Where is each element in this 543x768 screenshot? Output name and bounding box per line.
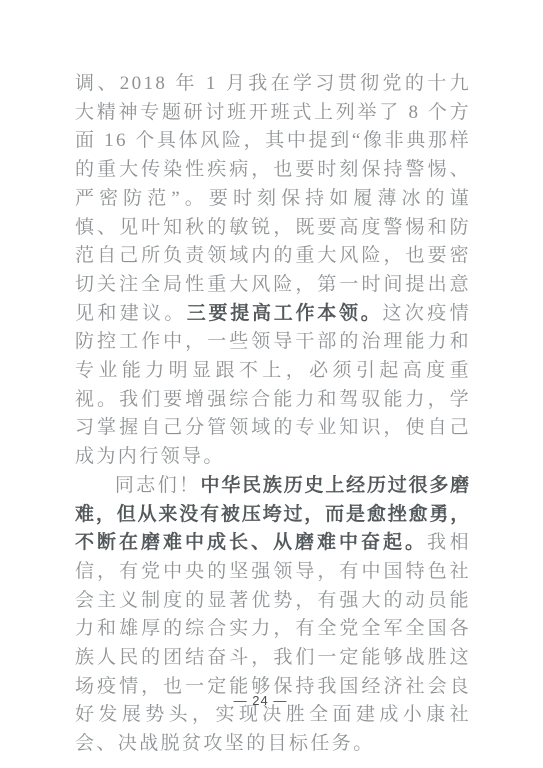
paragraph: 同志们！中华民族历史上经历过很多磨难，但从来没有被压垮过，而是愈挫愈勇，不断在磨… — [75, 472, 471, 759]
emphasis-text-run: 三要提高工作本领。 — [187, 303, 383, 324]
text-run: 同志们！ — [115, 475, 201, 496]
text-run: 这次疫情防控工作中，一些领导干部的治理能力和专业能力明显跟不上，必须引起高度重视… — [75, 303, 471, 468]
page-number: — 24 — — [0, 693, 521, 708]
text-run: 调、2018 年 1 月我在学习贯彻党的十九大精神专题研讨班开班式上列举了 8 … — [75, 73, 471, 324]
text-run: 我相信，有党中央的坚强领导，有中国特色社会主义制度的显著优势，有强大的动员能力和… — [75, 532, 471, 754]
paragraph: 调、2018 年 1 月我在学习贯彻党的十九大精神专题研讨班开班式上列举了 8 … — [75, 70, 471, 472]
document-body: 调、2018 年 1 月我在学习贯彻党的十九大精神专题研讨班开班式上列举了 8 … — [75, 70, 471, 759]
document-page: 调、2018 年 1 月我在学习贯彻党的十九大精神专题研讨班开班式上列举了 8 … — [0, 0, 543, 768]
